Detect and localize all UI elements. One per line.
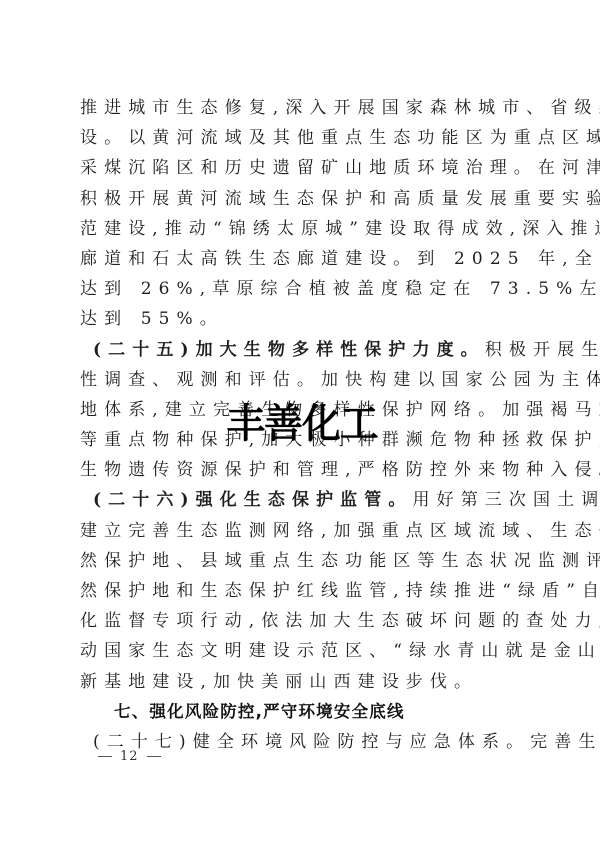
body-line: 达到 55%。 — [80, 304, 524, 334]
section-25-title: (二十五)加大生物多样性保护力度。 — [93, 340, 485, 360]
watermark: 丰善化工 — [224, 398, 379, 450]
body-line: 范建设,推动“锦绣太原城”建设取得成效,深入推进汾河生态 — [80, 214, 524, 244]
section-25-text: 积极开展生物多样 — [485, 340, 600, 360]
body-line: 动国家生态文明建设示范区、“绿水青山就是金山银山”实践创 — [80, 636, 524, 666]
body-line: 化监督专项行动,依法加大生态破坏问题的查处力度。深入推 — [80, 606, 524, 636]
body-line: 积极开展黄河流域生态保护和高质量发展重要实验区试点示 — [80, 184, 524, 214]
body-line: 采煤沉陷区和历史遗留矿山地质环境治理。在河津市、安泽县 — [80, 153, 524, 183]
section-26-text: 用好第三次国土调查成果, — [413, 490, 600, 510]
section-26-first-line: (二十六)强化生态保护监管。用好第三次国土调查成果, — [80, 485, 524, 515]
body-line: 然保护地、县域重点生态功能区等生态状况监测评估。加强自 — [80, 546, 524, 576]
section-27-text: 完善生态环境 — [530, 732, 600, 752]
body-line: 建立完善生态监测网络,加强重点区域流域、生态保护红线、自 — [80, 516, 524, 546]
body-line: 达到 26%,草原综合植被盖度稳定在 73.5%左右,湿地保护率 — [80, 274, 524, 304]
section-25-first-line: (二十五)加大生物多样性保护力度。积极开展生物多样 — [80, 335, 524, 365]
body-line: 设。以黄河流域及其他重点生态功能区为重点区域,深入推进 — [80, 123, 524, 153]
dash-left — [98, 756, 112, 757]
body-line: 推进城市生态修复,深入开展国家森林城市、省级森林乡村建 — [80, 93, 524, 123]
page-number: 12 — [120, 749, 139, 764]
page-footer: 12 — [90, 749, 169, 764]
chapter-heading: 七、强化风险防控,严守环境安全底线 — [80, 697, 524, 727]
body-line: 新基地建设,加快美丽山西建设步伐。 — [80, 667, 524, 697]
dash-right — [147, 756, 161, 757]
body-line: 廊道和石太高铁生态廊道建设。到 2025 年,全省森林覆盖率 — [80, 244, 524, 274]
section-26-title: (二十六)强化生态保护监管。 — [93, 490, 413, 510]
body-line: 然保护地和生态保护红线监管,持续推进“绿盾”自然保护地强 — [80, 576, 524, 606]
document-page: 推进城市生态修复,深入开展国家森林城市、省级森林乡村建 设。以黄河流域及其他重点… — [0, 0, 600, 848]
body-line: 生物遗传资源保护和管理,严格防控外来物种入侵。 — [80, 455, 524, 485]
body-line: 性调查、观测和评估。加快构建以国家公园为主体的自然保护 — [80, 365, 524, 395]
